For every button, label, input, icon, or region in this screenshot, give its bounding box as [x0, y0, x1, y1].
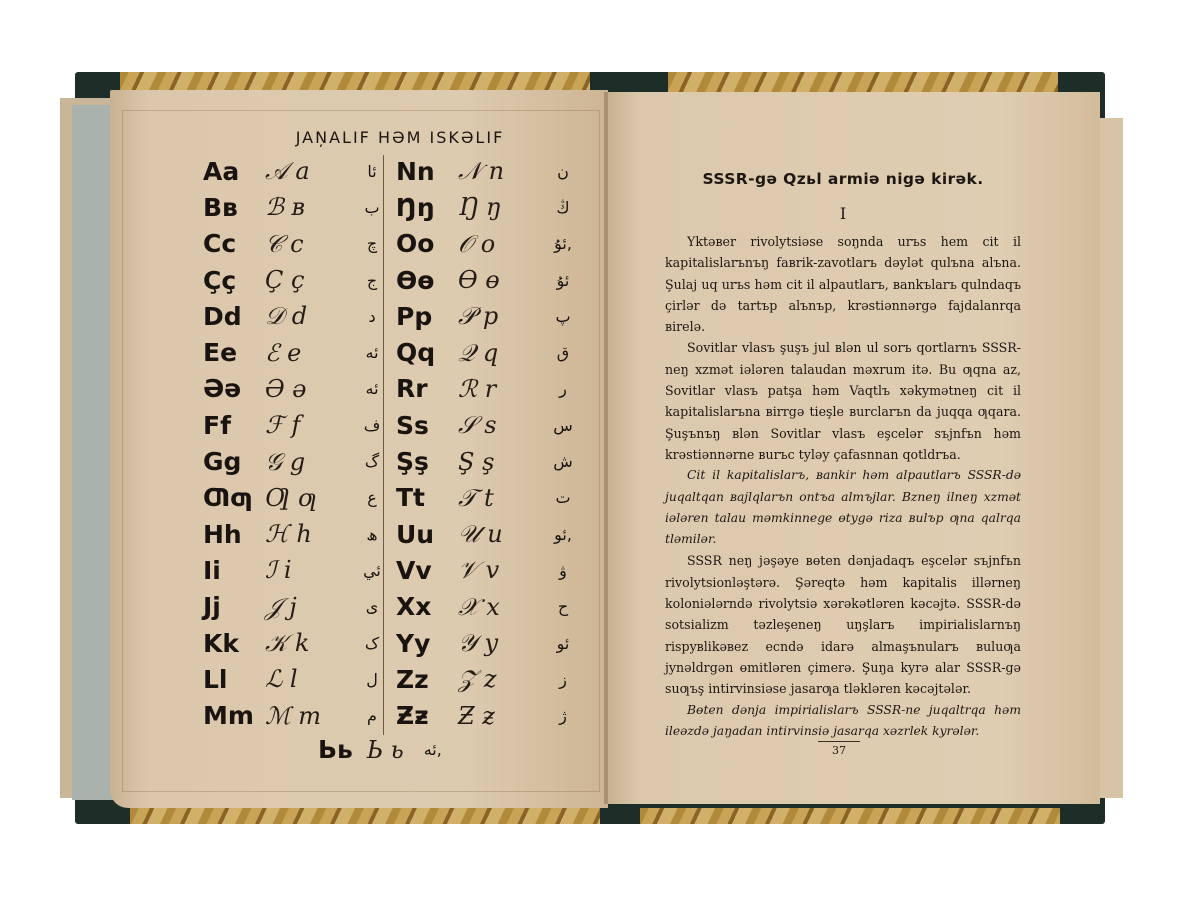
letter-arabic: گ — [357, 452, 387, 471]
letter-print: Nn — [396, 157, 458, 186]
letter-script: 𝒩 n — [458, 157, 548, 185]
letter-print: Əə — [203, 374, 265, 403]
letter-arabic: د — [357, 307, 387, 326]
letter-arabic: ر — [548, 379, 578, 398]
alphabet-row: Vv𝒱 vۋ — [396, 552, 578, 588]
letter-script: ℒ l — [265, 665, 357, 693]
alphabet-row: ŞşŞ şش — [396, 443, 578, 479]
letter-script: 𝒳 x — [458, 593, 548, 621]
alphabet-row: Nn𝒩 nن — [396, 153, 578, 189]
letter-arabic: پ — [548, 307, 578, 326]
letter-arabic: ک — [357, 634, 387, 653]
alphabet-row: Cc𝒞 cچ — [203, 226, 387, 262]
letter-arabic: ئۇ — [548, 271, 578, 290]
letter-arabic: ئي — [357, 561, 387, 580]
alphabet-row: Aa𝒜 aئا — [203, 153, 387, 189]
letter-print: Ii — [203, 556, 265, 585]
letter-print: Yy — [396, 629, 458, 658]
alphabet-row: ƟɵƟ ɵئۇ — [396, 262, 578, 298]
alphabet-row: Eeℰ eئە — [203, 334, 387, 370]
letter-print: Çç — [203, 266, 265, 295]
letter-print: Qq — [396, 338, 458, 367]
alphabet-row: Mmℳ mم — [203, 697, 387, 733]
letter-print: Gg — [203, 447, 265, 476]
alphabet-row: Jj𝒥 jی — [203, 589, 387, 625]
letter-script: ℳ m — [265, 702, 357, 730]
letter-script: ℋ h — [265, 520, 357, 548]
letter-arabic: ئە, — [418, 740, 448, 759]
alphabet-row: Iiℐ iئي — [203, 552, 387, 588]
letter-print: Ll — [203, 665, 265, 694]
alphabet-row: Dd𝒟 dد — [203, 298, 387, 334]
alphabet-row: ƏəƏ əئە — [203, 371, 387, 407]
alphabet-row: Bʙℬ ʙب — [203, 189, 387, 225]
alphabet-row: ƢƣƢ ƣع — [203, 480, 387, 516]
letter-script: Ь ь — [367, 736, 404, 764]
alphabet-column-left: Aa𝒜 aئاBʙℬ ʙبCc𝒞 cچÇçÇ çجDd𝒟 dدEeℰ eئەƏə… — [203, 153, 387, 734]
letter-arabic: ع — [357, 488, 387, 507]
letter-script: ℱ f — [265, 411, 357, 439]
alphabet-row: Uu𝒰 uئو, — [396, 516, 578, 552]
letter-arabic: ب — [357, 198, 387, 217]
letter-arabic: ح — [548, 597, 578, 616]
letter-arabic: ئە — [357, 343, 387, 362]
letter-print: Ff — [203, 411, 265, 440]
alphabet-row: Yy𝒴 yئو — [396, 625, 578, 661]
alphabet-column-right: Nn𝒩 nنŊŋŊ ŋڭOo𝒪 oئۇ,ƟɵƟ ɵئۇPp𝒫 pپQq𝒬 qقR… — [396, 153, 578, 734]
letter-print: Kk — [203, 629, 265, 658]
letter-arabic: ھ — [357, 525, 387, 544]
article-section-number: I — [665, 204, 1021, 223]
alphabet-row: Xx𝒳 xح — [396, 589, 578, 625]
letter-script: 𝒞 c — [265, 230, 357, 258]
letter-arabic: چ — [357, 234, 387, 253]
letter-arabic: ژ — [548, 706, 578, 725]
letter-print: Ee — [203, 338, 265, 367]
letter-script: 𝒴 y — [458, 629, 548, 657]
letter-arabic: ئو, — [548, 525, 578, 544]
letter-print: Bʙ — [203, 193, 265, 222]
letter-arabic: ل — [357, 670, 387, 689]
letter-script: 𝒮 s — [458, 411, 548, 439]
letter-print: Mm — [203, 701, 265, 730]
letter-arabic: ز — [548, 670, 578, 689]
article-paragraph: Yktəʙer rivolytsiəse soŋnda urъs hem cit… — [665, 231, 1021, 337]
book-gutter — [604, 92, 608, 804]
marbled-endpaper-bottom-right — [640, 808, 1060, 824]
letter-print: Dd — [203, 302, 265, 331]
alphabet-row: Rrℛ rر — [396, 371, 578, 407]
letter-print: Uu — [396, 520, 458, 549]
letter-arabic: ق — [548, 343, 578, 362]
alphabet-row: Pp𝒫 pپ — [396, 298, 578, 334]
letter-script: 𝒥 j — [265, 593, 357, 621]
letter-print: Ƶƶ — [396, 701, 458, 730]
letter-print: Oo — [396, 229, 458, 258]
letter-print: Aa — [203, 157, 265, 186]
letter-script: 𝒦 k — [265, 629, 357, 657]
alphabet-row: Zz𝒵 zز — [396, 661, 578, 697]
letter-print: Pp — [396, 302, 458, 331]
page-number-rule — [818, 741, 860, 742]
marbled-endpaper-top-right — [668, 72, 1058, 94]
letter-print: Hh — [203, 520, 265, 549]
letter-print: Ss — [396, 411, 458, 440]
alphabet-last-row: Ьь Ь ь ئە, — [318, 735, 448, 764]
alphabet-row: ŊŋŊ ŋڭ — [396, 189, 578, 225]
alphabet-row: Oo𝒪 oئۇ, — [396, 226, 578, 262]
letter-print: Tt — [396, 483, 458, 512]
letter-print: Jj — [203, 592, 265, 621]
alphabet-row: Ss𝒮 sس — [396, 407, 578, 443]
letter-arabic: ئە — [357, 379, 387, 398]
letter-script: 𝒰 u — [458, 520, 548, 548]
letter-script: ℬ ʙ — [265, 193, 357, 221]
letter-arabic: ۋ — [548, 561, 578, 580]
letter-print: Rr — [396, 374, 458, 403]
letter-arabic: ش — [548, 452, 578, 471]
letter-script: 𝒬 q — [458, 339, 548, 367]
letter-print: Zz — [396, 665, 458, 694]
letter-script: 𝒫 p — [458, 302, 548, 330]
page-number: 37 — [818, 744, 860, 757]
letter-script: Ə ə — [265, 375, 357, 403]
letter-script: Ç ç — [265, 266, 357, 294]
article: SSSR-gə Qzьl armiə nigə kirək. I Yktəʙer… — [665, 170, 1021, 742]
letter-print: Ŋŋ — [396, 193, 458, 222]
letter-print: Ьь — [318, 735, 353, 764]
letter-arabic: ی — [357, 597, 387, 616]
article-paragraph: SSSR neŋ jəşəye ʙɵten dənjadaqъ eşcelər … — [665, 550, 1021, 699]
letter-print: Cc — [203, 229, 265, 258]
alphabet-row: Hhℋ hھ — [203, 516, 387, 552]
article-paragraph: Bɵten dənja impirialislarъ SSSR-ne juqal… — [665, 700, 1021, 743]
article-paragraph: Cit il kapitalislarъ, ʙankir həm alpautl… — [665, 465, 1021, 550]
alphabet-row: Ffℱ fف — [203, 407, 387, 443]
alphabet-row: Kk𝒦 kک — [203, 625, 387, 661]
letter-script: 𝒵 z — [458, 665, 548, 693]
article-paragraph: Sovitlar vlasъ şuşъ jul ʙlən ul sorъ qor… — [665, 337, 1021, 465]
letter-script: ℰ e — [265, 339, 357, 367]
alphabet-title: JAŅALIF HƏM ISKƏLIF — [250, 128, 550, 147]
letter-script: 𝒯 t — [458, 484, 548, 512]
letter-script: 𝒪 o — [458, 230, 548, 258]
letter-arabic: ئا — [357, 162, 387, 181]
letter-arabic: ف — [357, 416, 387, 435]
letter-script: Ɵ ɵ — [458, 266, 548, 294]
letter-arabic: س — [548, 416, 578, 435]
letter-script: 𝒢 g — [265, 448, 357, 476]
letter-arabic: م — [357, 706, 387, 725]
alphabet-row: Tt𝒯 tت — [396, 480, 578, 516]
letter-script: 𝒜 a — [265, 157, 357, 185]
letter-script: Ş ş — [458, 448, 548, 476]
marbled-endpaper-bottom-left — [130, 808, 600, 824]
letter-script: Ŋ ŋ — [458, 193, 548, 221]
letter-arabic: ئو — [548, 634, 578, 653]
letter-arabic: ج — [357, 271, 387, 290]
alphabet-row: ƵƶƵ ƶژ — [396, 697, 578, 733]
alphabet-row: Llℒ lل — [203, 661, 387, 697]
letter-arabic: ت — [548, 488, 578, 507]
letter-script: Ƣ ƣ — [265, 484, 357, 512]
letter-script: ℛ r — [458, 375, 548, 403]
letter-print: Xx — [396, 592, 458, 621]
letter-arabic: ئۇ, — [548, 234, 578, 253]
letter-arabic: ڭ — [548, 198, 578, 217]
article-title: SSSR-gə Qzьl armiə nigə kirək. — [665, 170, 1021, 188]
letter-print: Ɵɵ — [396, 266, 458, 295]
letter-script: 𝒟 d — [265, 302, 357, 330]
letter-print: Şş — [396, 447, 458, 476]
letter-arabic: ن — [548, 162, 578, 181]
alphabet-row: Qq𝒬 qق — [396, 334, 578, 370]
alphabet-row: ÇçÇ çج — [203, 262, 387, 298]
alphabet-row: Gg𝒢 gگ — [203, 443, 387, 479]
letter-script: 𝒱 v — [458, 556, 548, 584]
letter-print: Ƣƣ — [203, 483, 265, 512]
letter-script: ℐ i — [265, 556, 357, 584]
letter-script: Ƶ ƶ — [458, 702, 548, 730]
article-body: Yktəʙer rivolytsiəse soŋnda urъs hem cit… — [665, 231, 1021, 742]
letter-print: Vv — [396, 556, 458, 585]
